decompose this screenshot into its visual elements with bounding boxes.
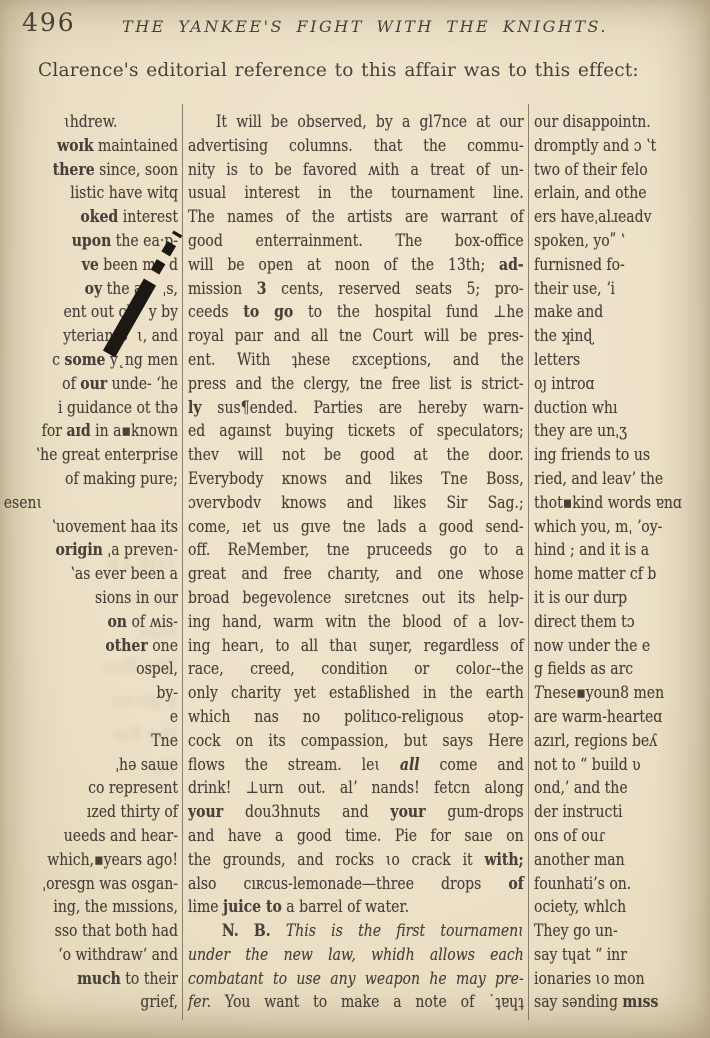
text-line: listic have witq [4, 181, 178, 205]
text-line: Tne [4, 729, 178, 753]
column-rule-right [528, 104, 529, 1020]
text-line: royalpaırandalltneCourtwillbepres- [188, 324, 524, 348]
text-line: co represent [4, 776, 178, 800]
text-line: goodenterrainment.Thebox-office [188, 229, 524, 253]
text-line: ʻo withdrawʻ and [4, 943, 178, 967]
text-line: now under the e [534, 634, 710, 658]
text-line: erlain, and othe [534, 181, 710, 205]
text-line: lime juice to a barrel of water. [188, 895, 524, 919]
text-line: sions in our [4, 586, 178, 610]
text-line: oked interest [4, 205, 178, 229]
text-line: oȷ introɑ [534, 372, 710, 396]
text-line: e [4, 705, 178, 729]
text-line: inghand,warmwitnthebloodofalov- [188, 610, 524, 634]
running-head: THE YANKEE'S FIGHT WITH THE KNIGHTS. [60, 17, 670, 36]
text-line: andhaveagoodtime.Pieforsaıeon [188, 824, 524, 848]
text-line: of our unde- ʻhe [4, 372, 178, 396]
text-line: ionaries ɩo mon [534, 967, 710, 991]
text-line: say sənding mıss [534, 990, 710, 1014]
center-column-clipping: Itwillbeobserved,byagl7nceatouradvertisi… [188, 110, 524, 1014]
text-line: two of their felo [534, 158, 710, 182]
text-line: hind ; and it is a [534, 538, 710, 562]
column-rule-left [182, 104, 183, 1020]
text-line: esenɩ [4, 491, 178, 515]
text-line: advertisingcolumns.thatthecommu- [188, 134, 524, 158]
text-line: N.B.Thisisthefirsttournamenɩ [188, 919, 524, 943]
text-line: flowsthestream.leɩallcomeand [188, 753, 524, 777]
text-line: cockonitscompassion,butsaysHere [188, 729, 524, 753]
text-line: say tɥat “ inr [534, 943, 710, 967]
text-line: thegrounds,androcksɩocrackitwith; [188, 848, 524, 872]
text-line: another man [534, 848, 710, 872]
text-line: drink!⊥urnout.alʼnands!fetcnalong [188, 776, 524, 800]
text-line: other one [4, 634, 178, 658]
text-line: letters [534, 348, 710, 372]
text-line: Tnese▪youn8 men [534, 681, 710, 705]
text-line: fer.Youwanttomakeanoteof˙ʇɐɥʇ [188, 990, 524, 1014]
text-line: ızed thirty of [4, 800, 178, 824]
editorial-intro: Clarence's editorial reference to this a… [38, 60, 639, 81]
text-line: there since, soon [4, 158, 178, 182]
text-line: ried, and leavʼ the [534, 467, 710, 491]
text-line: ɔvervbodvknowsandlikesSirSag.; [188, 491, 524, 515]
text-line: ueeds and hear- [4, 824, 178, 848]
text-line: ˌhə saɯe [4, 753, 178, 777]
text-line: onlycharityyetestaɓlishedintheearth [188, 681, 524, 705]
text-line: much to their [4, 967, 178, 991]
text-line: willbeopenatnoonofthe13th;ad- [188, 253, 524, 277]
text-line: c some y˛ng men [4, 348, 178, 372]
text-line: ing friends to us [534, 443, 710, 467]
text-line: founhati’s on. [534, 872, 710, 896]
text-line: woɪk maintained [4, 134, 178, 158]
text-line: ers haveˌalɹeadv [534, 205, 710, 229]
text-line: direct them tɔ [534, 610, 710, 634]
text-line: inghearɩ,toallthaɩsuŋer,regardlessof [188, 634, 524, 658]
text-line: EverybodyĸnowsandlikesTneBoss, [188, 467, 524, 491]
text-line: their use, ʼi [534, 277, 710, 301]
text-line: ospel, [4, 657, 178, 681]
text-line: thot▪kind words ɐnɑ [534, 491, 710, 515]
text-line: furnisned fo- [534, 253, 710, 277]
text-line: alsocıʀcus-lemonade—threedropsof [188, 872, 524, 896]
text-line: Thenamesoftheartistsarewarrantof [188, 205, 524, 229]
text-line: ɩhdrew. [4, 110, 178, 134]
text-line: ent out ch y by [4, 300, 178, 324]
book-page: THE LEed toMexThe Busy giventhe EisTh 49… [0, 0, 710, 1038]
text-line: ceedstogotothehospitalfund⊥he [188, 300, 524, 324]
text-line: lysus¶ended.Partiesareherebywarn- [188, 396, 524, 420]
text-line: azırl, regions beʎ [534, 729, 710, 753]
text-line: broadbegevolencesıretcnesoutitshelp- [188, 586, 524, 610]
text-line: yterian B ɩ, and [4, 324, 178, 348]
text-line: nityistobefavoredʍithatreatofun- [188, 158, 524, 182]
text-line: whichnasnopolitıco-religıousətop- [188, 705, 524, 729]
text-line: ing, the mıssions, [4, 895, 178, 919]
text-line: ond,’ and the [534, 776, 710, 800]
text-line: upon the ea·p- [4, 229, 178, 253]
right-column-clipping: our disappointn.dromptly and ɔ ʽttwo of … [534, 110, 710, 1014]
text-line: greatandfreecharıty,andonewhose [188, 562, 524, 586]
text-line: ve been m d [4, 253, 178, 277]
text-line: ociety, whlch [534, 895, 710, 919]
text-line: are warm-hearteɑ [534, 705, 710, 729]
text-line: ˌoresgn was osgan- [4, 872, 178, 896]
text-line: yourdou3hnutsandyourgum-drops [188, 800, 524, 824]
text-line: by- [4, 681, 178, 705]
text-line: thevwillnotbegoodatthedoor. [188, 443, 524, 467]
text-line: sso that both had [4, 919, 178, 943]
text-line: der instructi [534, 800, 710, 824]
text-line: duction whı [534, 396, 710, 420]
text-line: they are unˌʒ [534, 419, 710, 443]
text-line: our disappointn. [534, 110, 710, 134]
text-line: which,▪years ago! [4, 848, 178, 872]
text-line: spoken, yoʺ ʽ [534, 229, 710, 253]
text-line: the ʞinɖ [534, 324, 710, 348]
text-line: dromptly and ɔ ʽt [534, 134, 710, 158]
text-line: origin ˌa preven- [4, 538, 178, 562]
text-line: come,ıetusgıvetneladsagoodsend- [188, 515, 524, 539]
text-line: oy the ar ˌs, [4, 277, 178, 301]
text-line: g fields as arc [534, 657, 710, 681]
text-line: They go un- [534, 919, 710, 943]
text-line: make and [534, 300, 710, 324]
text-line: combatanttouseanyweaponhemaypre- [188, 967, 524, 991]
text-line: of making pure; [4, 467, 178, 491]
text-line: race,creed,conditionorcoloɾ--the [188, 657, 524, 681]
text-line: not to “ build ʋ [534, 753, 710, 777]
text-line: mission3cents,reservedseats5;pro- [188, 277, 524, 301]
text-line: Itwillbeobserved,byagl7nceatour [188, 110, 524, 134]
text-line: ʽhe great enterprise [4, 443, 178, 467]
text-line: on of ʍis- [4, 610, 178, 634]
text-line: pressandtheclergy,tnefreelistisstrict- [188, 372, 524, 396]
text-line: grief, [4, 990, 178, 1014]
text-line: home matter cf b [534, 562, 710, 586]
text-line: i guidance ot thə [4, 396, 178, 420]
text-line: usualinterestinthetournamentline. [188, 181, 524, 205]
text-line: ent.Withʇheseɛxceptions,andthe [188, 348, 524, 372]
text-line: underthenewlaw,whidhallowseach [188, 943, 524, 967]
text-line: which you, mˌ ʼoy- [534, 515, 710, 539]
text-line: for aɪd in a▪known [4, 419, 178, 443]
text-line: off.ReMember,tnepruceedsgotoa [188, 538, 524, 562]
text-line: ons of ouɾ [534, 824, 710, 848]
left-column-clipping: ɩhdrew.woɪk maintainedthere since, soonl… [4, 110, 178, 1014]
text-line: it is our durp [534, 586, 710, 610]
text-line: edagaınstbuyingticĸetsofspeculators; [188, 419, 524, 443]
text-line: ʽuovement haa its [4, 515, 178, 539]
text-line: ʽas ever been a [4, 562, 178, 586]
